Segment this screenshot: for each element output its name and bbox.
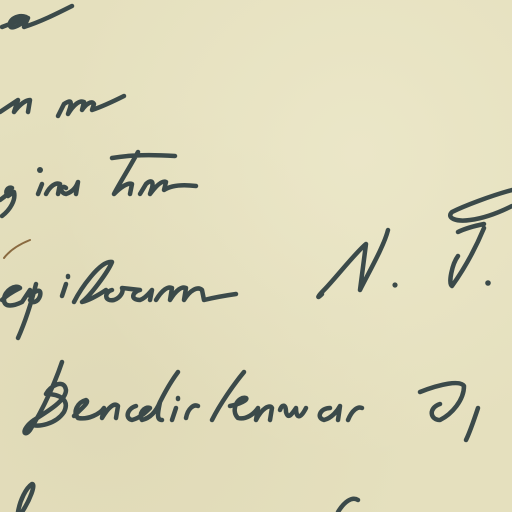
handwriting-strokes [0,0,512,512]
manuscript-page: a um ginatum epilosum N. J. Benedictenwa… [0,0,512,512]
abbrev-J [450,190,512,286]
brown-ink-mark [4,240,30,258]
word-benedictenward [25,362,479,440]
word-a [2,6,72,27]
abbrev-N [318,230,397,297]
partial-line-fragments [18,484,358,512]
